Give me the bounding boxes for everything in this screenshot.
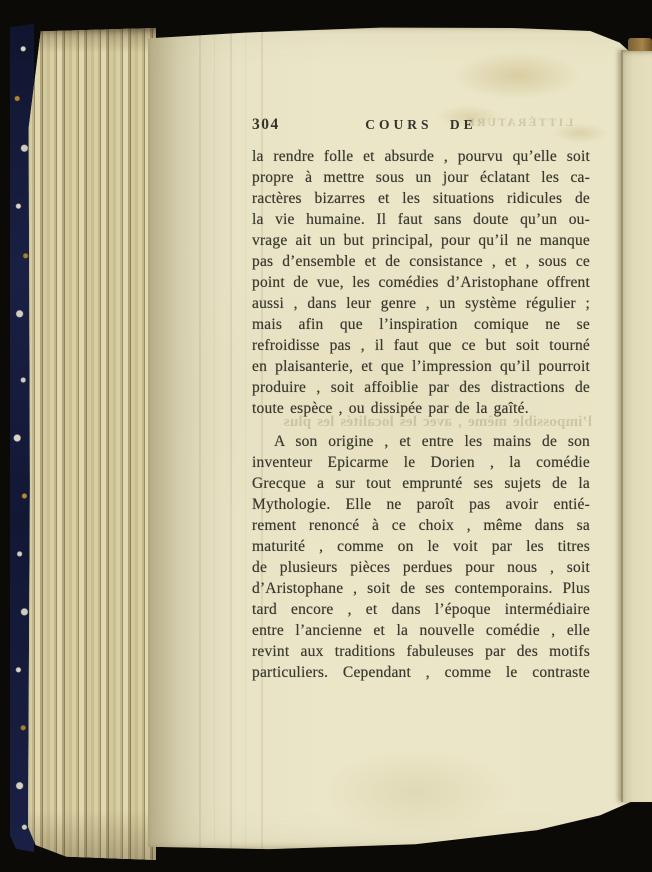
text-line: vrage ait un but principal, pour qu’il n… — [252, 230, 590, 251]
text-line: refroidisse pas , il faut que ce but soi… — [252, 335, 590, 356]
text-line: aussi , dans leur genre , un système rég… — [252, 293, 590, 314]
text-line: produire , soit affoiblie par des distra… — [252, 377, 590, 398]
text-line: point de vue, les comédies d’Aristophane… — [252, 272, 590, 293]
page-block-fore-edge — [28, 28, 156, 860]
text-line: ractères bizarres et les situations ridi… — [252, 188, 590, 209]
text-line: revint aux traditions fabuleuses par des… — [252, 641, 590, 662]
text-line: en plaisanterie, et que l’impression qu’… — [252, 356, 590, 377]
text-line: entre l’ancienne et la nouvelle comédie … — [252, 620, 590, 641]
text-line: toute espèce , ou dissipée par de la gaî… — [252, 398, 590, 419]
book-page: 304 COURS DE LITTÉRATURE la rendre folle… — [148, 26, 634, 850]
text-line: de plusieurs pièces perdues pour nous , … — [252, 557, 590, 578]
text-line: rement renoncé à ce choix , même dans sa — [252, 515, 590, 536]
text-line: A son origine , et entre les mains de so… — [252, 431, 590, 452]
facing-page-gutter — [621, 50, 652, 802]
text-line: particuliers. Cependant , comme le contr… — [252, 662, 590, 683]
text-line: d’Aristophane , soit de ses contemporain… — [252, 578, 590, 599]
text-line: la rendre folle et absurde , pourvu qu’e… — [252, 146, 590, 167]
text-line: Grecque a sur tout emprunté ses sujets d… — [252, 473, 590, 494]
page-header: 304 COURS DE — [252, 116, 590, 136]
text-line: mais afin que l’inspiration comique ne s… — [252, 314, 590, 335]
text-line: Mythologie. Elle ne paroît pas avoir ent… — [252, 494, 590, 515]
text-line: la vie humaine. Il faut sans doute qu’un… — [252, 209, 590, 230]
text-line: propre à mettre sous un jour éclatant le… — [252, 167, 590, 188]
text-line: tard encore , et dans l’époque intermédi… — [252, 599, 590, 620]
text-line: pas d’ensemble et de consistance , et , … — [252, 251, 590, 272]
page-number: 304 — [252, 116, 312, 134]
spine-headcap — [628, 38, 652, 51]
text-line: maturité , comme on le voit par les titr… — [252, 536, 590, 557]
paragraph: la rendre folle et absurde , pourvu qu’e… — [252, 146, 590, 419]
paragraph: A son origine , et entre les mains de so… — [252, 431, 590, 683]
running-title: COURS DE — [312, 117, 530, 133]
text-line: inventeur Epicarme le Dorien , la comédi… — [252, 452, 590, 473]
book-scan-photo: 304 COURS DE LITTÉRATURE la rendre folle… — [0, 0, 652, 872]
